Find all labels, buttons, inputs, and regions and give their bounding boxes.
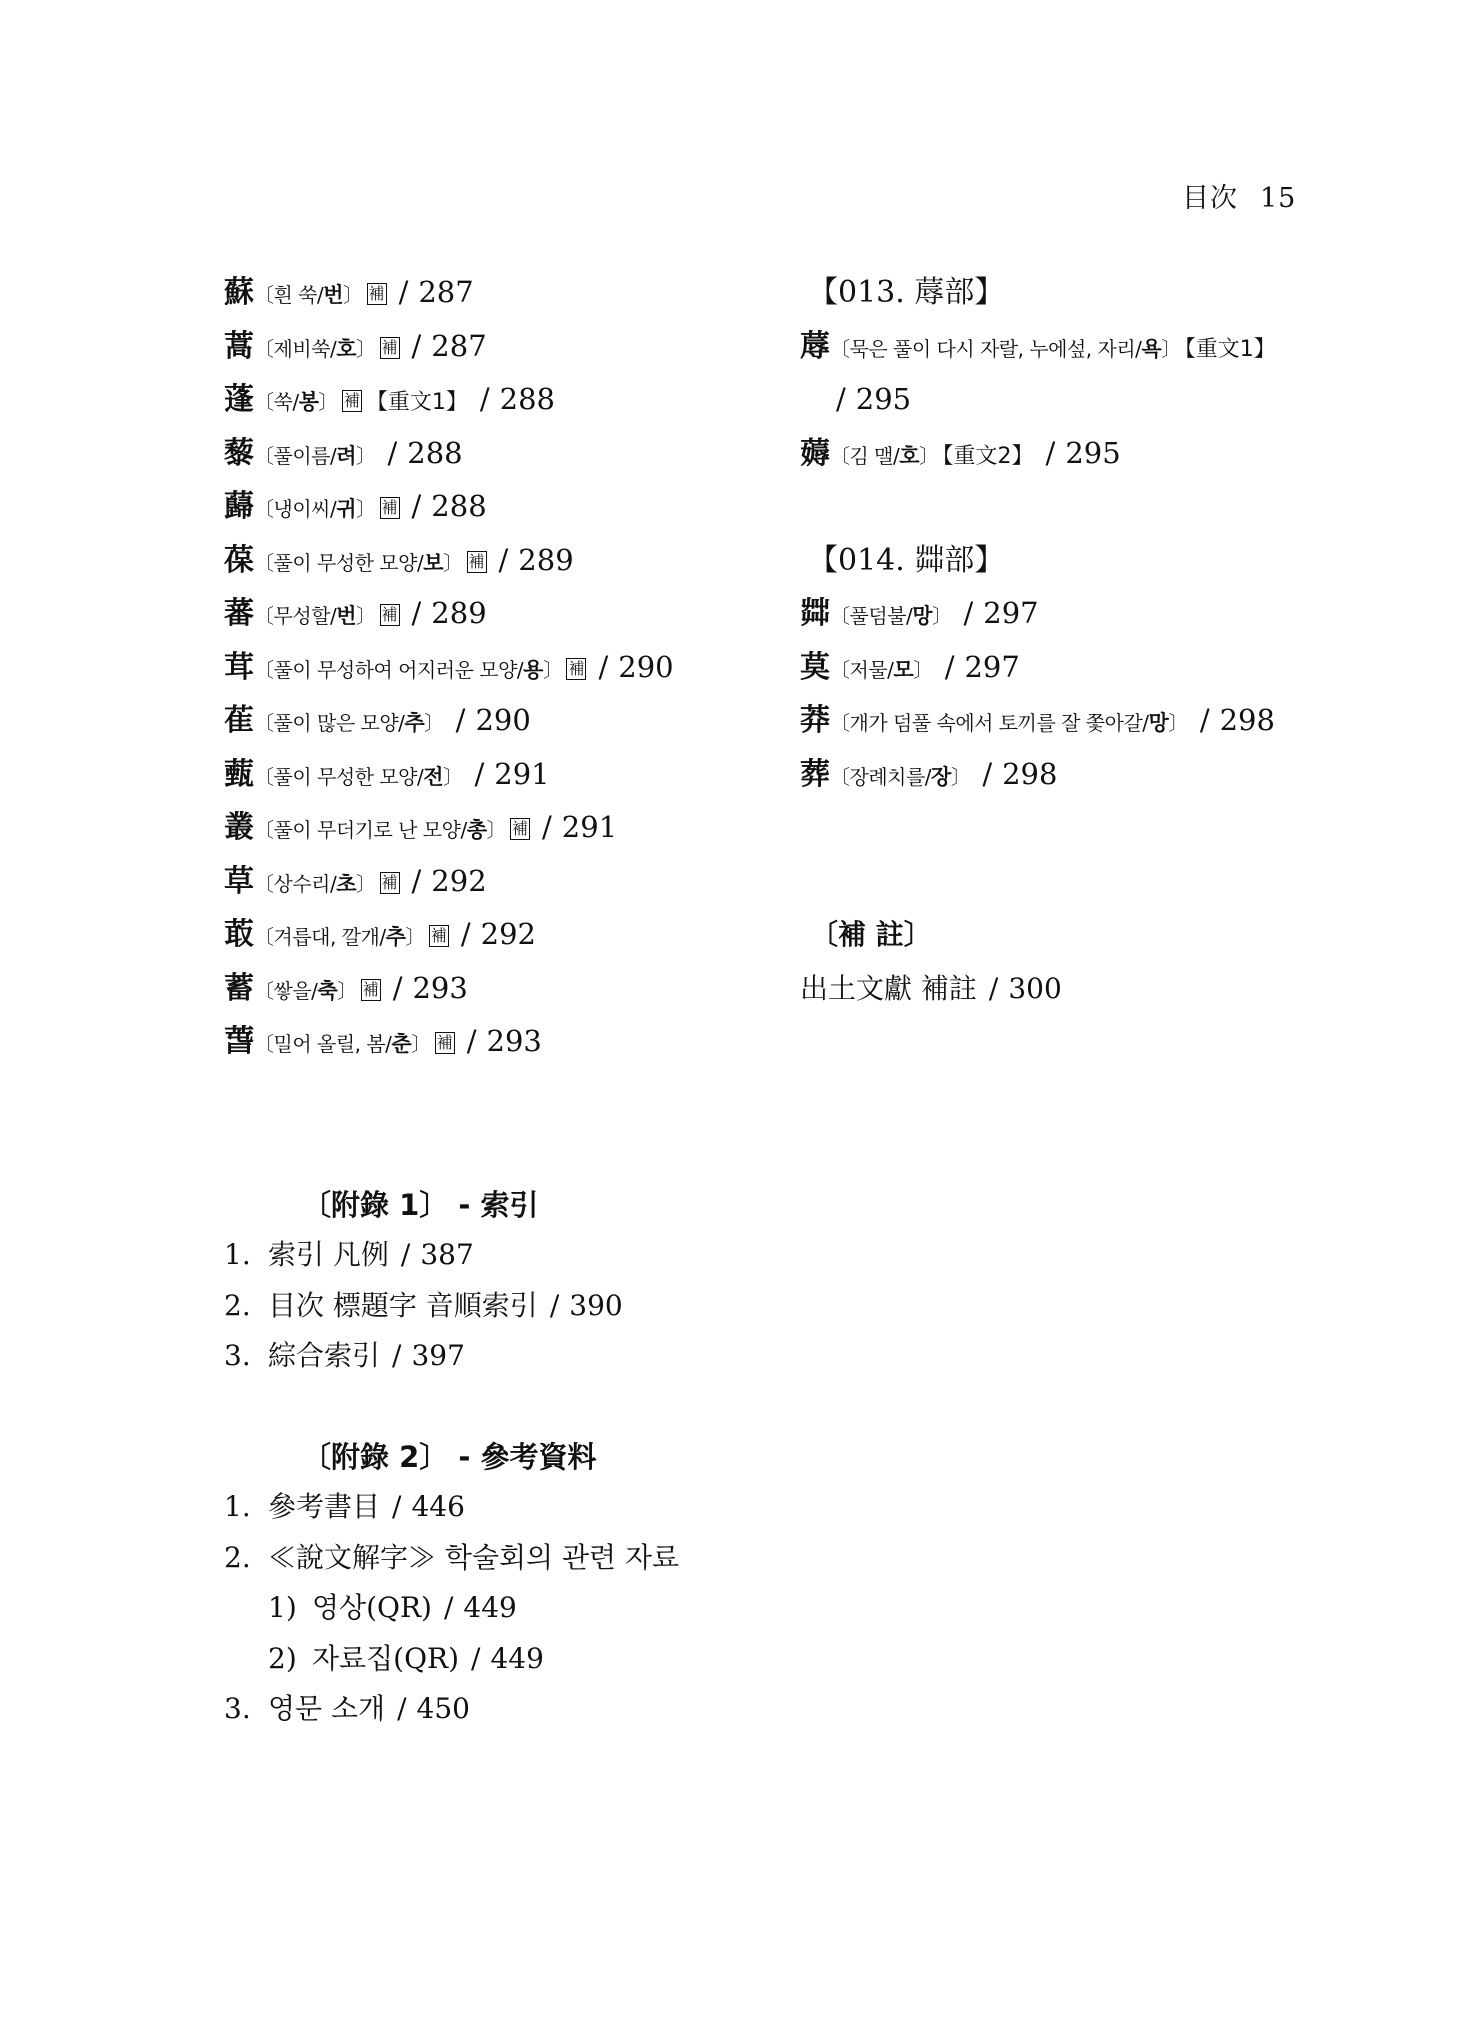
separator: / bbox=[550, 1289, 559, 1322]
gloss: 〔겨릅대, 깔개/추〕 bbox=[254, 925, 425, 949]
supplement-label: 出土文獻 補註 bbox=[800, 972, 977, 1005]
item-label: 參考書目 bbox=[268, 1490, 380, 1523]
separator: / bbox=[401, 1238, 410, 1271]
toc-entry[interactable]: 菆〔겨릅대, 깔개/추〕補/292 bbox=[224, 908, 764, 962]
sound-reading: 전 bbox=[423, 765, 443, 789]
separator: / bbox=[392, 1339, 401, 1372]
page-ref: 295 bbox=[856, 382, 911, 416]
headword: 蕃 bbox=[224, 596, 254, 631]
item-label: 索引 凡例 bbox=[268, 1238, 389, 1271]
separator: / bbox=[412, 329, 422, 363]
separator: / bbox=[1200, 703, 1210, 737]
sound-reading: 모 bbox=[893, 658, 913, 682]
separator: / bbox=[412, 864, 422, 898]
gloss: 〔저물/모〕 bbox=[830, 658, 933, 682]
headword: 茸 bbox=[224, 650, 254, 685]
gloss: 〔묵은 풀이 다시 자랄, 누에섶, 자리/욕〕 bbox=[830, 337, 1181, 361]
variant-tag: 【重文1】 bbox=[1185, 337, 1276, 362]
appendix-item[interactable]: 3.영문 소개/450 bbox=[224, 1684, 924, 1735]
sound-reading: 추 bbox=[404, 711, 424, 735]
toc-entry[interactable]: 蘇〔흰 쑥/번〕補/287 bbox=[224, 266, 764, 320]
separator: / bbox=[444, 1591, 453, 1624]
toc-entry[interactable]: 葆〔풀이 무성한 모양/보〕補/289 bbox=[224, 534, 764, 588]
separator: / bbox=[467, 1024, 477, 1058]
page-ref: 292 bbox=[431, 864, 486, 898]
separator: / bbox=[480, 382, 490, 416]
sound-reading: 보 bbox=[423, 551, 443, 575]
gloss: 〔풀이 무더기로 난 모양/총〕 bbox=[254, 818, 506, 842]
page-ref: 289 bbox=[518, 543, 573, 577]
toc-entry[interactable]: 蓐〔묵은 풀이 다시 자랄, 누에섶, 자리/욕〕【重文1】 bbox=[800, 320, 1320, 374]
headword: 葆 bbox=[224, 543, 254, 578]
gloss: 〔풀이 무성한 모양/전〕 bbox=[254, 765, 463, 789]
item-label: 영상(QR) bbox=[312, 1591, 432, 1624]
headword: 蓄 bbox=[224, 971, 254, 1006]
page-ref: 298 bbox=[1220, 703, 1275, 737]
toc-entry[interactable]: 蓬〔쑥/봉〕補【重文1】/288 bbox=[224, 373, 764, 427]
section-heading-014[interactable]: 【014. 茻部】 bbox=[800, 534, 1320, 588]
page-ref: 387 bbox=[420, 1238, 473, 1271]
gloss: 〔제비쑥/호〕 bbox=[254, 337, 376, 361]
appendix-item[interactable]: 1)영상(QR)/449 bbox=[224, 1583, 924, 1634]
headword: 草 bbox=[224, 864, 254, 899]
separator: / bbox=[836, 382, 846, 416]
supplement-badge: 補 bbox=[361, 979, 381, 1001]
toc-entry[interactable]: 萑〔풀이 많은 모양/추〕/290 bbox=[224, 694, 764, 748]
gloss: 〔김 맬/호〕 bbox=[830, 444, 939, 468]
headword: 蘬 bbox=[224, 489, 254, 524]
separator: / bbox=[1046, 436, 1056, 470]
toc-entry[interactable]: 葬〔장례치를/장〕/298 bbox=[800, 748, 1320, 802]
toc-entry[interactable]: 莫〔저물/모〕/297 bbox=[800, 641, 1320, 695]
toc-entry-continued[interactable]: /295 bbox=[800, 373, 1320, 427]
sound-reading: 호 bbox=[899, 444, 919, 468]
sound-reading: 봉 bbox=[299, 390, 319, 414]
supplement-heading: 〔補 註〕 bbox=[800, 908, 1320, 962]
item-number: 3. bbox=[224, 1684, 268, 1735]
gloss: 〔쑥/봉〕 bbox=[254, 390, 338, 414]
toc-entry[interactable]: 蘬〔냉이씨/귀〕補/288 bbox=[224, 480, 764, 534]
item-label: 綜合索引 bbox=[268, 1339, 380, 1372]
item-number: 1) bbox=[268, 1583, 312, 1634]
item-label: 자료집(QR) bbox=[312, 1642, 459, 1675]
supplement-badge: 補 bbox=[342, 390, 362, 412]
headword: 葬 bbox=[800, 757, 830, 792]
separator: / bbox=[393, 971, 403, 1005]
right-column-toc: 【013. 蓐部】 蓐〔묵은 풀이 다시 자랄, 누에섶, 자리/욕〕【重文1】… bbox=[800, 266, 1320, 1015]
gloss: 〔냉이씨/귀〕 bbox=[254, 497, 376, 521]
appendix-item[interactable]: 1.索引 凡例/387 bbox=[224, 1230, 924, 1281]
separator: / bbox=[456, 703, 466, 737]
appendix-item[interactable]: 3.綜合索引/397 bbox=[224, 1331, 924, 1382]
sound-reading: 호 bbox=[336, 337, 356, 361]
page-ref: 291 bbox=[494, 757, 549, 791]
sound-reading: 망 bbox=[912, 604, 932, 628]
separator: / bbox=[412, 596, 422, 630]
appendix-item[interactable]: 1.參考書目/446 bbox=[224, 1482, 924, 1533]
toc-entry[interactable]: 薽〔풀이 무성한 모양/전〕/291 bbox=[224, 748, 764, 802]
page-ref: 449 bbox=[463, 1591, 516, 1624]
separator: / bbox=[982, 757, 992, 791]
item-label: 영문 소개 bbox=[268, 1692, 385, 1725]
sound-reading: 망 bbox=[1149, 711, 1169, 735]
page-ref: 290 bbox=[618, 650, 673, 684]
gloss: 〔쌓을/축〕 bbox=[254, 979, 357, 1003]
separator: / bbox=[598, 650, 608, 684]
separator: / bbox=[471, 1642, 480, 1675]
separator: / bbox=[399, 275, 409, 309]
sound-reading: 려 bbox=[336, 444, 356, 468]
separator: / bbox=[461, 917, 471, 951]
sound-reading: 귀 bbox=[336, 497, 356, 521]
supplement-badge: 補 bbox=[380, 604, 400, 626]
headword: 菆 bbox=[224, 917, 254, 952]
headword: 薽 bbox=[224, 757, 254, 792]
item-label: 目次 標題字 音順索引 bbox=[268, 1289, 538, 1322]
appendix-1-title: 〔附錄 1〕 - 索引 bbox=[224, 1180, 924, 1230]
separator: / bbox=[964, 596, 974, 630]
supplement-badge: 補 bbox=[380, 872, 400, 894]
headword: 蓐 bbox=[800, 329, 830, 364]
variant-tag: 【重文1】 bbox=[366, 390, 468, 415]
item-number: 1. bbox=[224, 1230, 268, 1281]
page-ref: 446 bbox=[411, 1490, 464, 1523]
gloss: 〔풀이름/려〕 bbox=[254, 444, 376, 468]
separator: / bbox=[412, 489, 422, 523]
headword: 萅 bbox=[224, 1024, 254, 1059]
appendix-item[interactable]: 2)자료집(QR)/449 bbox=[224, 1634, 924, 1685]
page-ref: 397 bbox=[411, 1339, 464, 1372]
item-number: 2. bbox=[224, 1533, 268, 1584]
gloss: 〔무성할/번〕 bbox=[254, 604, 376, 628]
page-ref: 449 bbox=[490, 1642, 543, 1675]
toc-entry[interactable]: 蕃〔무성할/번〕補/289 bbox=[224, 587, 764, 641]
running-head: 目次15 bbox=[1182, 176, 1296, 215]
supplement-badge: 補 bbox=[429, 925, 449, 947]
page-ref: 450 bbox=[417, 1692, 470, 1725]
gloss: 〔밀어 올릴, 봄/춘〕 bbox=[254, 1032, 431, 1056]
separator: / bbox=[397, 1692, 406, 1725]
toc-entry[interactable]: 藜〔풀이름/려〕/288 bbox=[224, 427, 764, 481]
supplement-badge: 補 bbox=[435, 1032, 455, 1054]
supplement-badge: 補 bbox=[380, 337, 400, 359]
sound-reading: 번 bbox=[336, 604, 356, 628]
separator: / bbox=[542, 810, 552, 844]
sound-reading: 장 bbox=[931, 765, 951, 789]
page-ref: 291 bbox=[562, 810, 617, 844]
page-ref: 297 bbox=[964, 650, 1019, 684]
toc-entry[interactable]: 叢〔풀이 무더기로 난 모양/총〕補/291 bbox=[224, 801, 764, 855]
separator: / bbox=[475, 757, 485, 791]
left-column-toc: 蘇〔흰 쑥/번〕補/287蒿〔제비쑥/호〕補/287蓬〔쑥/봉〕補【重文1】/2… bbox=[224, 266, 764, 1069]
page-ref: 290 bbox=[475, 703, 530, 737]
headword: 茻 bbox=[800, 596, 830, 631]
item-label: ≪說文解字≫ 학술회의 관련 자료 bbox=[268, 1541, 679, 1574]
headword: 莽 bbox=[800, 703, 830, 738]
page-ref: 288 bbox=[500, 382, 555, 416]
toc-entry[interactable]: 薅〔김 맬/호〕【重文2】/295 bbox=[800, 427, 1320, 481]
appendix-item[interactable]: 2.目次 標題字 音順索引/390 bbox=[224, 1281, 924, 1332]
toc-entry[interactable]: 草〔상수리/초〕補/292 bbox=[224, 855, 764, 909]
headword: 叢 bbox=[224, 810, 254, 845]
gloss: 〔풀이 무성한 모양/보〕 bbox=[254, 551, 463, 575]
headword: 蘇 bbox=[224, 275, 254, 310]
gloss: 〔장례치를/장〕 bbox=[830, 765, 970, 789]
headword: 萑 bbox=[224, 703, 254, 738]
section-heading-013[interactable]: 【013. 蓐部】 bbox=[800, 266, 1320, 320]
sound-reading: 번 bbox=[323, 283, 343, 307]
supplement-badge: 補 bbox=[467, 551, 487, 573]
page-ref: 300 bbox=[1008, 972, 1061, 1005]
variant-tag: 【重文2】 bbox=[943, 444, 1034, 469]
toc-entry[interactable]: 萅〔밀어 올릴, 봄/춘〕補/293 bbox=[224, 1015, 764, 1069]
page-ref: 289 bbox=[431, 596, 486, 630]
item-number: 2) bbox=[268, 1634, 312, 1685]
page-number: 15 bbox=[1260, 183, 1296, 214]
appendix-1: 〔附錄 1〕 - 索引 1.索引 凡例/3872.目次 標題字 音順索引/390… bbox=[224, 1180, 924, 1382]
gloss: 〔개가 덤풀 속에서 토끼를 잘 쫓아갈/망〕 bbox=[830, 711, 1188, 735]
item-number: 3. bbox=[224, 1331, 268, 1382]
toc-entry[interactable]: 蓄〔쌓을/축〕補/293 bbox=[224, 962, 764, 1016]
page-ref: 297 bbox=[983, 596, 1038, 630]
sound-reading: 춘 bbox=[391, 1032, 411, 1056]
sound-reading: 총 bbox=[467, 818, 487, 842]
separator: / bbox=[388, 436, 398, 470]
separator: / bbox=[945, 650, 955, 684]
appendix-2-title: 〔附錄 2〕 - 參考資料 bbox=[224, 1432, 924, 1482]
toc-entry[interactable]: 蒿〔제비쑥/호〕補/287 bbox=[224, 320, 764, 374]
gloss: 〔상수리/초〕 bbox=[254, 872, 376, 896]
headword: 蓬 bbox=[224, 382, 254, 417]
sound-reading: 욕 bbox=[1141, 337, 1161, 361]
gloss: 〔풀이 무성하여 어지러운 모양/용〕 bbox=[254, 658, 562, 682]
running-head-title: 目次 bbox=[1182, 183, 1238, 214]
supplement-badge: 補 bbox=[566, 658, 586, 680]
separator: / bbox=[499, 543, 509, 577]
page-ref: 295 bbox=[1065, 436, 1120, 470]
gloss: 〔흰 쑥/번〕 bbox=[254, 283, 363, 307]
page-ref: 287 bbox=[431, 329, 486, 363]
sound-reading: 초 bbox=[336, 872, 356, 896]
headword: 蒿 bbox=[224, 329, 254, 364]
page-ref: 292 bbox=[481, 917, 536, 951]
headword: 莫 bbox=[800, 650, 830, 685]
toc-entry[interactable]: 莽〔개가 덤풀 속에서 토끼를 잘 쫓아갈/망〕/298 bbox=[800, 694, 1320, 748]
page-ref: 293 bbox=[412, 971, 467, 1005]
separator: / bbox=[392, 1490, 401, 1523]
page-ref: 288 bbox=[431, 489, 486, 523]
gloss: 〔풀덤불/망〕 bbox=[830, 604, 952, 628]
sound-reading: 용 bbox=[523, 658, 543, 682]
page-ref: 288 bbox=[407, 436, 462, 470]
gloss: 〔풀이 많은 모양/추〕 bbox=[254, 711, 444, 735]
supplement-badge: 補 bbox=[367, 283, 387, 305]
item-number: 2. bbox=[224, 1281, 268, 1332]
toc-entry[interactable]: 茻〔풀덤불/망〕/297 bbox=[800, 587, 1320, 641]
page-ref: 390 bbox=[569, 1289, 622, 1322]
page-ref: 293 bbox=[487, 1024, 542, 1058]
sound-reading: 추 bbox=[386, 925, 406, 949]
appendix-item[interactable]: 2.≪說文解字≫ 학술회의 관련 자료 bbox=[224, 1533, 924, 1584]
headword: 藜 bbox=[224, 436, 254, 471]
supplement-badge: 補 bbox=[380, 497, 400, 519]
item-number: 1. bbox=[224, 1482, 268, 1533]
page-ref: 298 bbox=[1002, 757, 1057, 791]
sound-reading: 축 bbox=[317, 979, 337, 1003]
appendix-2: 〔附錄 2〕 - 參考資料 1.參考書目/4462.≪說文解字≫ 학술회의 관련… bbox=[224, 1432, 924, 1735]
supplement-entry[interactable]: 出土文獻 補註/300 bbox=[800, 962, 1320, 1016]
page-ref: 287 bbox=[418, 275, 473, 309]
headword: 薅 bbox=[800, 436, 830, 471]
supplement-badge: 補 bbox=[510, 818, 530, 840]
toc-entry[interactable]: 茸〔풀이 무성하여 어지러운 모양/용〕補/290 bbox=[224, 641, 764, 695]
